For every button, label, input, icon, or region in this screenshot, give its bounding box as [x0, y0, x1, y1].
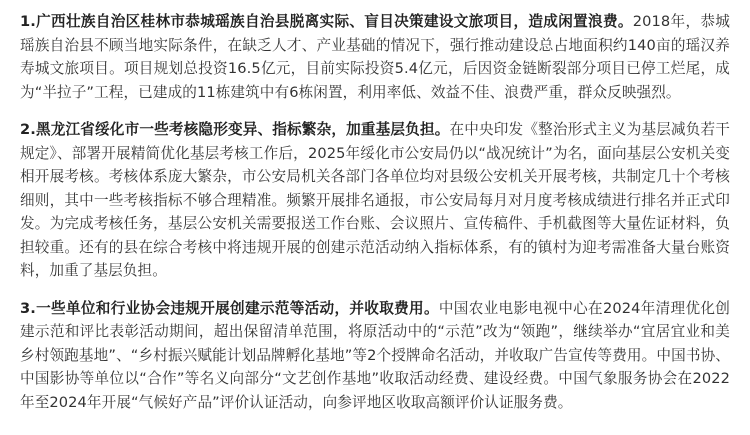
- article-paragraph-2: 2.黑龙江省绥化市一些考核隐形变异、指标繁杂，加重基层负担。在中央印发《整治形式…: [20, 118, 730, 283]
- article-paragraph-1: 1.广西壮族自治区桂林市恭城瑶族自治县脱离实际、盲目决策建设文旅项目，造成闲置浪…: [20, 10, 730, 104]
- paragraph-heading: 3.一些单位和行业协会违规开展创建示范等活动，并收取费用。: [20, 300, 439, 317]
- paragraph-heading: 2.黑龙江省绥化市一些考核隐形变异、指标繁杂，加重基层负担。: [20, 121, 449, 138]
- paragraph-text: 在中央印发《整治形式主义为基层减负若干规定》、部署开展精简优化基层考核工作后，2…: [20, 121, 730, 279]
- paragraph-heading: 1.广西壮族自治区桂林市恭城瑶族自治县脱离实际、盲目决策建设文旅项目，造成闲置浪…: [20, 13, 633, 30]
- article-paragraph-3: 3.一些单位和行业协会违规开展创建示范等活动，并收取费用。中国农业电影电视中心在…: [20, 297, 730, 415]
- article-body: 1.广西壮族自治区桂林市恭城瑶族自治县脱离实际、盲目决策建设文旅项目，造成闲置浪…: [0, 0, 750, 414]
